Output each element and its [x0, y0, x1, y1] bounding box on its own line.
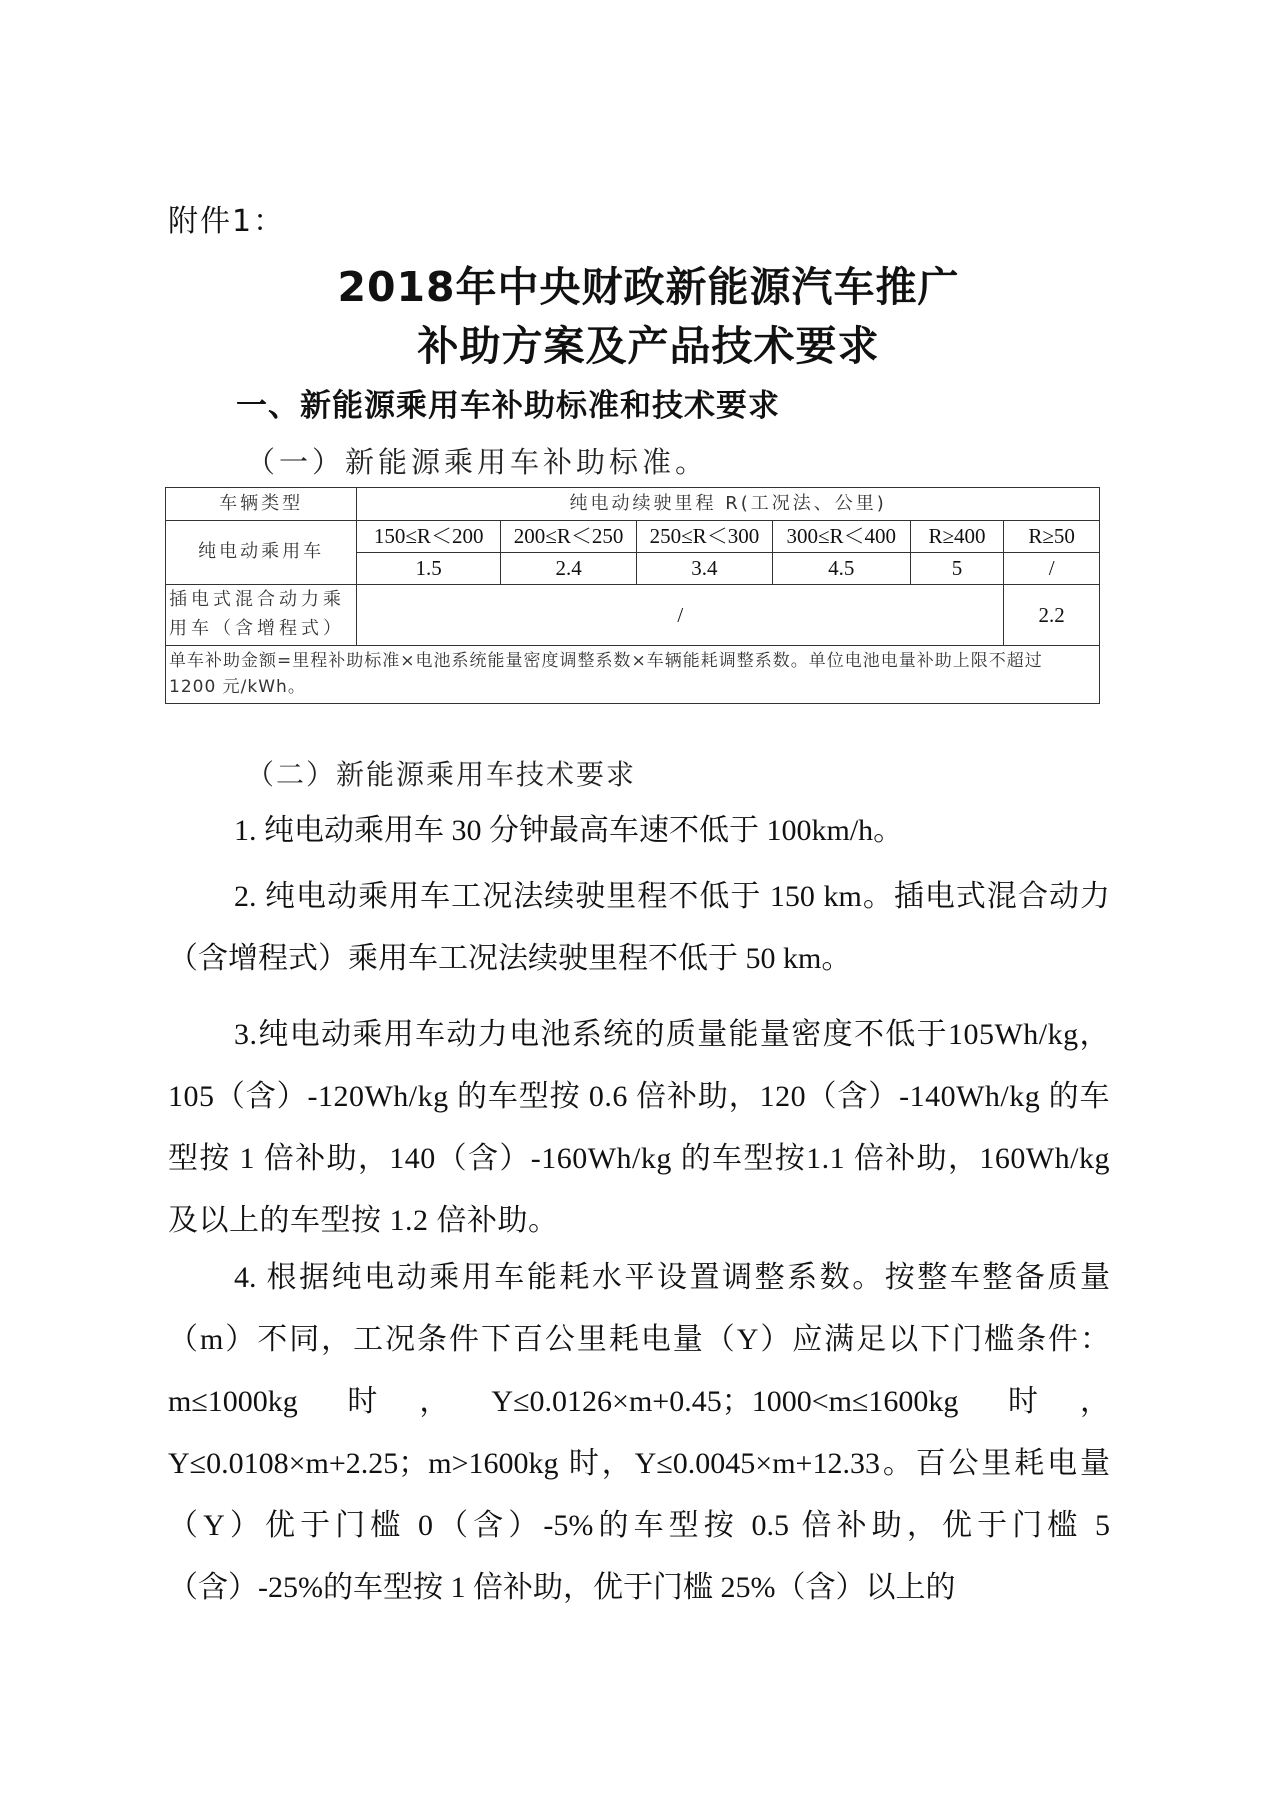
requirement-text: 4. 根据纯电动乘用车能耗水平设置调整系数。按整车整备质量（m）不同，工况条件下…: [168, 1261, 1110, 1604]
vehicle-type-phev: 插电式混合动力乘用车（含增程式）: [166, 585, 357, 646]
range-col-2: 200≤R＜250: [501, 521, 637, 553]
attachment-label: 附件1：: [168, 196, 285, 240]
subsection-heading-subsidy-standard: （一）新能源乘用车补助标准。: [246, 440, 708, 481]
table-note-row: 单车补助金额=里程补助标准×电池系统能量密度调整系数×车辆能耗调整系数。单位电池…: [166, 646, 1100, 704]
document-title-line-1: 2018年中央财政新能源汽车推广: [12, 254, 1273, 313]
range-col-3: 250≤R＜300: [637, 521, 773, 553]
requirement-text: 1. 纯电动乘用车 30 分钟最高车速不低于 100km/h。: [234, 814, 903, 847]
requirement-text: 3.纯电动乘用车动力电池系统的质量能量密度不低于105Wh/kg，105（含）-…: [168, 1018, 1110, 1237]
range-col-4: 300≤R＜400: [772, 521, 910, 553]
value-cell: 5: [910, 553, 1004, 585]
header-vehicle-type: 车辆类型: [166, 488, 357, 521]
requirement-2: 2. 纯电动乘用车工况法续驶里程不低于 150 km。插电式混合动力（含增程式）…: [168, 866, 1110, 990]
value-cell: 2.4: [501, 553, 637, 585]
requirement-3: 3.纯电动乘用车动力电池系统的质量能量密度不低于105Wh/kg，105（含）-…: [168, 1004, 1110, 1252]
table-header-row: 车辆类型 纯电动续驶里程 R(工况法、公里): [166, 488, 1100, 521]
value-cell: /: [1004, 553, 1100, 585]
table-row-phev: 插电式混合动力乘用车（含增程式） / 2.2: [166, 585, 1100, 646]
subsidy-table: 车辆类型 纯电动续驶里程 R(工况法、公里) 纯电动乘用车 150≤R＜200 …: [165, 487, 1100, 704]
subsection-heading-tech-requirements: （二）新能源乘用车技术要求: [246, 753, 636, 793]
table-note: 单车补助金额=里程补助标准×电池系统能量密度调整系数×车辆能耗调整系数。单位电池…: [166, 646, 1100, 704]
section-heading: 一、新能源乘用车补助标准和技术要求: [236, 380, 780, 425]
range-col-5: R≥400: [910, 521, 1004, 553]
requirement-4: 4. 根据纯电动乘用车能耗水平设置调整系数。按整车整备质量（m）不同，工况条件下…: [168, 1247, 1110, 1619]
document-title-line-2: 补助方案及产品技术要求: [12, 313, 1273, 372]
value-cell: 3.4: [637, 553, 773, 585]
value-cell: 4.5: [772, 553, 910, 585]
requirement-1: 1. 纯电动乘用车 30 分钟最高车速不低于 100km/h。: [168, 800, 1110, 862]
header-range: 纯电动续驶里程 R(工况法、公里): [357, 488, 1100, 521]
requirement-text: 2. 纯电动乘用车工况法续驶里程不低于 150 km。插电式混合动力（含增程式）…: [168, 880, 1110, 975]
range-col-6: R≥50: [1004, 521, 1100, 553]
phev-merged-value: /: [357, 585, 1004, 646]
phev-value: 2.2: [1004, 585, 1100, 646]
vehicle-type-bev: 纯电动乘用车: [166, 521, 357, 585]
value-cell: 1.5: [357, 553, 501, 585]
range-col-1: 150≤R＜200: [357, 521, 501, 553]
table-row-range-labels: 纯电动乘用车 150≤R＜200 200≤R＜250 250≤R＜300 300…: [166, 521, 1100, 553]
